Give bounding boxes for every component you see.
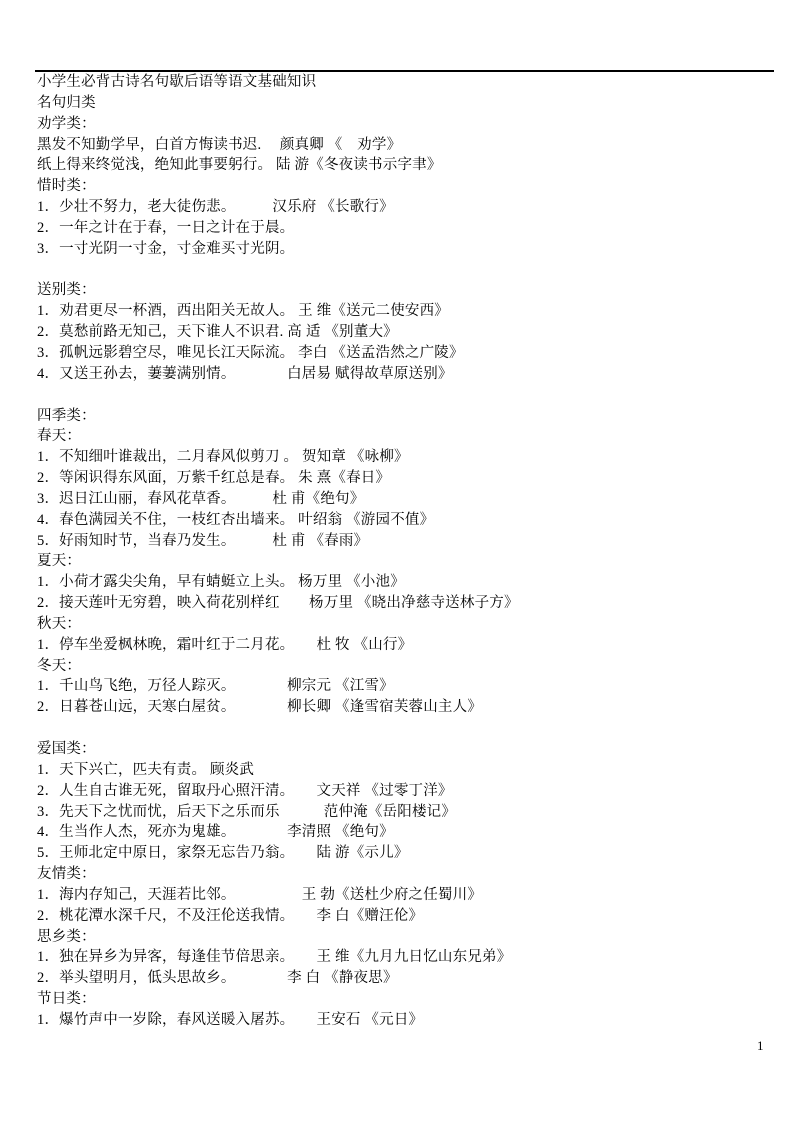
text-line: 纸上得来终觉浅，绝知此事要躬行。 陆 游《冬夜读书示字聿》 [37, 155, 767, 176]
text-line: 黑发不知勤学早，白首方悔读书迟. 颜真卿 《 劝学》 [37, 135, 767, 156]
page-number: 1 [757, 1038, 764, 1054]
text-line: 2．桃花潭水深千尺，不及汪伦送我情。 李 白《赠汪伦》 [37, 906, 767, 927]
text-line: 2．日暮苍山远，天寒白屋贫。 柳长卿 《逢雪宿芙蓉山主人》 [37, 697, 767, 718]
text-line: 3．孤帆远影碧空尽，唯见长江天际流。 李白 《送孟浩然之广陵》 [37, 343, 767, 364]
text-line: 2．人生自古谁无死，留取丹心照汗清。 文天祥 《过零丁洋》 [37, 781, 767, 802]
text-line: 1．少壮不努力，老大徒伤悲。 汉乐府 《长歌行》 [37, 197, 767, 218]
blank-line [37, 718, 767, 739]
blank-line [37, 385, 767, 406]
text-line: 四季类： [37, 406, 767, 427]
text-line: 惜时类： [37, 176, 767, 197]
text-line: 小学生必背古诗名句歇后语等语文基础知识 [37, 72, 767, 93]
text-line: 1．天下兴亡，匹夫有责。 顾炎武 [37, 760, 767, 781]
text-line: 冬天： [37, 656, 767, 677]
text-line: 3．迟日江山丽，春风花草香。 杜 甫《绝句》 [37, 489, 767, 510]
text-line: 1．千山鸟飞绝，万径人踪灭。 柳宗元 《江雪》 [37, 676, 767, 697]
text-line: 送别类： [37, 280, 767, 301]
text-line: 1．独在异乡为异客，每逢佳节倍思亲。 王 维《九月九日忆山东兄弟》 [37, 947, 767, 968]
text-line: 2．接天莲叶无穷碧，映入荷花别样红 杨万里 《晓出净慈寺送林子方》 [37, 593, 767, 614]
text-line: 4．生当作人杰，死亦为鬼雄。 李清照 《绝句》 [37, 822, 767, 843]
text-line: 3．一寸光阴一寸金，寸金难买寸光阴。 [37, 239, 767, 260]
text-line: 1．停车坐爱枫林晚，霜叶红于二月花。 杜 牧 《山行》 [37, 635, 767, 656]
text-line: 5．王师北定中原日，家祭无忘告乃翁。 陆 游《示儿》 [37, 843, 767, 864]
blank-line [37, 260, 767, 281]
text-line: 春天： [37, 426, 767, 447]
text-line: 3．先天下之忧而忧，后天下之乐而乐 范仲淹《岳阳楼记》 [37, 802, 767, 823]
text-line: 1．不知细叶谁裁出，二月春风似剪刀 。 贺知章 《咏柳》 [37, 447, 767, 468]
text-line: 1．劝君更尽一杯酒，西出阳关无故人。 王 维《送元二使安西》 [37, 301, 767, 322]
text-line: 节日类： [37, 989, 767, 1010]
text-line: 劝学类： [37, 114, 767, 135]
text-line: 1．小荷才露尖尖角，早有蜻蜓立上头。 杨万里 《小池》 [37, 572, 767, 593]
text-line: 名句归类 [37, 93, 767, 114]
text-line: 4．又送王孙去，萋萋满别情。 白居易 赋得故草原送别》 [37, 364, 767, 385]
text-line: 5．好雨知时节，当春乃发生。 杜 甫 《春雨》 [37, 531, 767, 552]
text-line: 爱国类： [37, 739, 767, 760]
text-line: 2．莫愁前路无知己，天下谁人不识君. 高 适 《别董大》 [37, 322, 767, 343]
text-line: 2．一年之计在于春，一日之计在于晨。 [37, 218, 767, 239]
text-line: 2．等闲识得东风面，万紫千红总是春。 朱 熹《春日》 [37, 468, 767, 489]
text-line: 思乡类： [37, 927, 767, 948]
text-line: 2．举头望明月，低头思故乡。 李 白 《静夜思》 [37, 968, 767, 989]
text-line: 4．春色满园关不住，一枝红杏出墙来。 叶绍翁 《游园不值》 [37, 510, 767, 531]
document-page: 小学生必背古诗名句歇后语等语文基础知识名句归类劝学类：黑发不知勤学早，白首方悔读… [0, 0, 794, 1123]
document-body: 小学生必背古诗名句歇后语等语文基础知识名句归类劝学类：黑发不知勤学早，白首方悔读… [37, 72, 767, 1031]
text-line: 秋天： [37, 614, 767, 635]
text-line: 夏天： [37, 551, 767, 572]
text-line: 1．海内存知己，天涯若比邻。 王 勃《送杜少府之任蜀川》 [37, 885, 767, 906]
text-line: 友情类： [37, 864, 767, 885]
text-line: 1．爆竹声中一岁除，春风送暖入屠苏。 王安石 《元日》 [37, 1010, 767, 1031]
